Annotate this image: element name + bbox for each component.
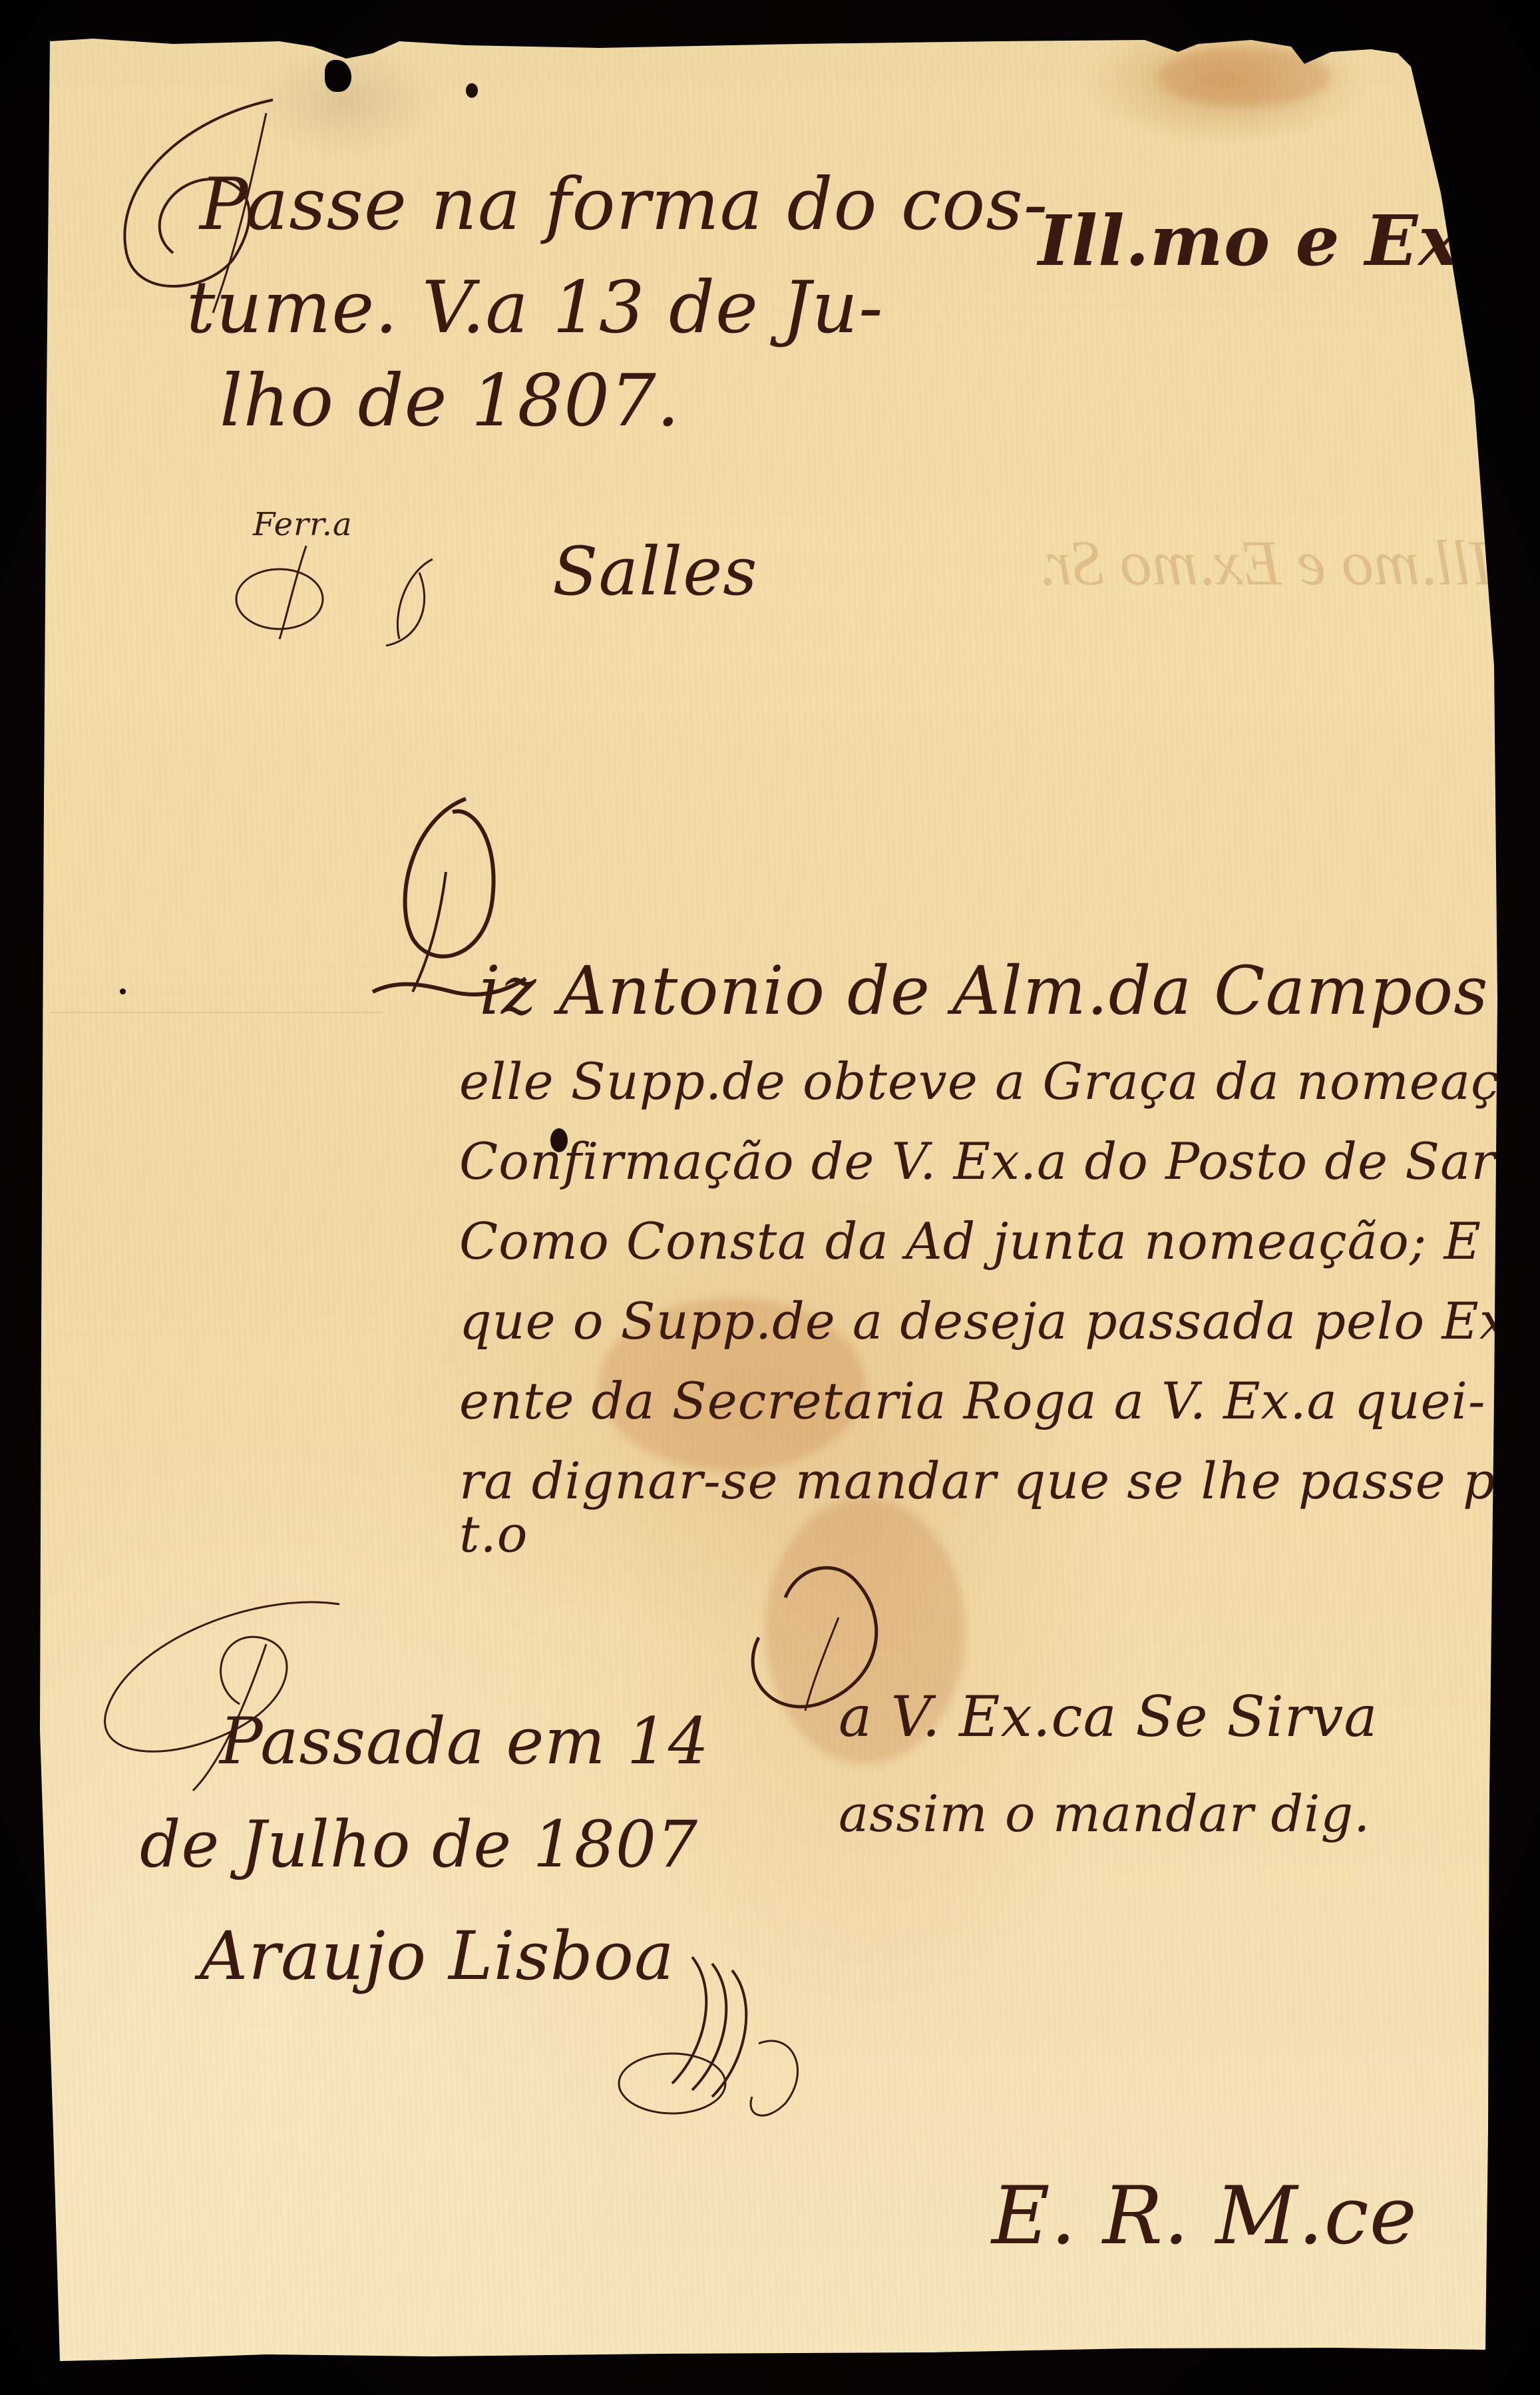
paper-hole	[325, 60, 351, 92]
despacho-line-1: Passe na forma do cos-	[200, 163, 1048, 246]
issued-line-1: Passada em 14	[220, 1704, 709, 1779]
request-line-2: assim o mandar dig.	[839, 1784, 1370, 1843]
issued-rubric	[612, 1950, 832, 2123]
despacho-line-3: lho de 1807.	[220, 359, 680, 443]
despacho-signature-name: Salles	[552, 533, 758, 610]
paper-fold-line	[50, 1012, 383, 1013]
petition-line-5: que o Supp.de a deseja passada pelo Expe…	[459, 1291, 1540, 1351]
ink-spot	[466, 83, 478, 98]
ink-spot	[120, 988, 126, 994]
petition-line-1: iz Antonio de Alm.da Campos q.	[479, 952, 1540, 1030]
petition-line-3: Confirmação de V. Ex.a do Posto de Sarge…	[459, 1132, 1540, 1191]
issued-line-2: de Julho de 1807	[140, 1807, 698, 1882]
despacho-line-2: tume. V.a 13 de Ju-	[186, 266, 884, 349]
request-line-1: a V. Ex.ca Se Sirva	[839, 1684, 1378, 1749]
petition-line-8: t.o	[459, 1504, 528, 1564]
signature-rubric	[233, 506, 473, 652]
petition-line-6: ente da Secretaria Roga a V. Ex.a quei-	[459, 1371, 1486, 1430]
petition-line-2: elle Supp.de obteve a Graça da nomeação,…	[459, 1052, 1540, 1111]
petition-line-7: ra dignar-se mandar que se lhe passe por	[459, 1451, 1540, 1510]
closing-formula: E. R. M.ce	[992, 2170, 1418, 2263]
issued-line-3: Araujo Lisboa	[200, 1917, 675, 1995]
petition-line-4: Como Consta da Ad junta nomeação; E por	[459, 1211, 1540, 1271]
bleed-through-text: Ill.mo e Ex.mo Sr.	[1038, 526, 1493, 600]
manuscript-page: Ill.mo e Ex.mo Sr. Passe na forma do cos…	[0, 0, 1540, 2395]
